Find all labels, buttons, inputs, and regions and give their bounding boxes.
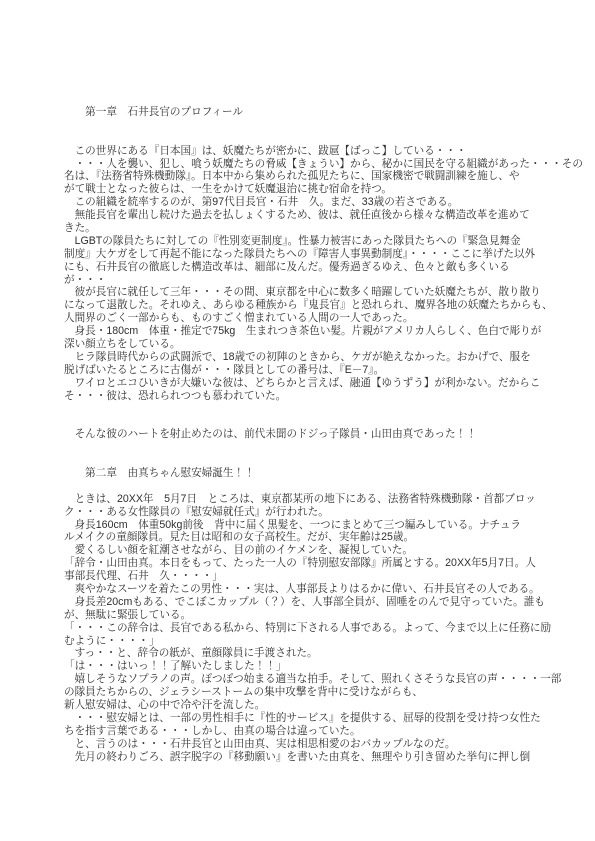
text-line: そ・・・彼は、恐れられつつも慕われていた。 <box>64 390 539 403</box>
blank-line <box>64 119 539 132</box>
text-line: 新人慰安婦は、心の中で冷や汗を流した。 <box>64 699 539 712</box>
text-line: 深い顔立ちをしている。 <box>64 338 539 351</box>
text-line: が、無駄に緊張している。 <box>64 609 539 622</box>
document-body: 第一章 石井長官のプロフィール この世界にある『日本国』は、妖魔たちが密かに、跋… <box>64 106 539 763</box>
blank-line <box>64 454 539 467</box>
text-line: ・・・人を襲い、犯し、喰う妖魔たちの脅威【きょうい】から、秘かに国民を守る組織が… <box>64 158 539 171</box>
text-line: 身長・180cm 体重・推定で75kg 生まれつき茶色い髪。片親がアメリカ人らし… <box>64 325 539 338</box>
blank-line <box>64 480 539 493</box>
text-line: になって退散した。それゆえ、あらゆる種族から『鬼長官』と恐れられ、魔界各地の妖魔… <box>64 299 539 312</box>
text-line: 無能長官を輩出し続けた過去を払しょくするため、彼は、就任直後から様々な構造改革を… <box>64 209 539 222</box>
chapter-heading: 第二章 由真ちゃん慰安婦誕生！！ <box>64 467 539 480</box>
text-line: 人間界のごく一部からも、ものすごく憎まれている人間の一人であった。 <box>64 312 539 325</box>
text-line: の隊員たちからの、ジェラシーストームの集中攻撃を背中に受けながらも、 <box>64 686 539 699</box>
text-line: きた。 <box>64 222 539 235</box>
document-page: 第一章 石井長官のプロフィール この世界にある『日本国』は、妖魔たちが密かに、跋… <box>0 0 595 841</box>
text-line: ワイロとエコひいきが大嫌いな彼は、どちらかと言えば、融通【ゆうずう】が利かない。… <box>64 377 539 390</box>
text-line: 脱げばいたるところに古傷が・・・隊員としての番号は、『E－7』。 <box>64 364 539 377</box>
text-line: ・・・慰安婦とは、一部の男性相手に『性的サービス』を提供する、屈辱的役割を受け持… <box>64 712 539 725</box>
text-line: と、言うのは・・・石井長官と山田由真、実は相思相愛のおバカップルなのだ。 <box>64 738 539 751</box>
blank-line <box>64 415 539 428</box>
text-line: 名は、『法務省特殊機動隊』。日本中から集められた孤児たちに、国家機密で戦闘訓練を… <box>64 170 539 183</box>
text-line: ルメイクの童顔隊員。見た目は昭和の女子高校生。だが、実年齢は25歳。 <box>64 531 539 544</box>
text-line: むように・・・・」 <box>64 635 539 648</box>
text-line: 制度』大ケガをして再起不能になった隊員たちへの『障害人事異動制度』・・・・ここに… <box>64 248 539 261</box>
blank-line <box>64 132 539 145</box>
text-line: ときは、20XX年 5月7日 ところは、東京都某所の地下にある、法務省特殊機動隊… <box>64 493 539 506</box>
text-line: そんな彼のハートを射止めたのは、前代未聞のドジっ子隊員・山田由真であった！！ <box>64 428 539 441</box>
blank-line <box>64 441 539 454</box>
text-line: 愛くるしい顔を紅潮させながら、目の前のイケメンを、凝視していた。 <box>64 544 539 557</box>
text-line: 身長差20cmもある、でこぼこカップル（？）を、人事部全員が、固唾をのんで見守っ… <box>64 596 539 609</box>
text-line: 「辞令・山田由真。本日をもって、たった一人の『特別慰安部隊』所属とする。20XX… <box>64 557 539 570</box>
text-line: が・・・ <box>64 274 539 287</box>
text-line: 「は・・・はいっ！！了解いたしました！！」 <box>64 660 539 673</box>
text-line: 「・・・この辞令は、長官である私から、特別に下される人事である。よって、今まで以… <box>64 622 539 635</box>
text-line: がて戦士となった彼らは、一生をかけて妖魔退治に挑む宿命を持つ。 <box>64 183 539 196</box>
text-line: ク・・・ある女性隊員の『慰安婦就任式』が行われた。 <box>64 506 539 519</box>
text-line: 爽やかなスーツを着たこの男性・・・実は、人事部長よりはるかに偉い、石井長官その人… <box>64 583 539 596</box>
text-line: 嬉しそうなソプラノの声。ぽつぽつ始まる適当な拍手。そして、照れくさそうな長官の声… <box>64 673 539 686</box>
text-line: 事部長代理、石井 久・・・・」 <box>64 570 539 583</box>
text-line: 先月の終わりごろ、誤字脱字の『移動願い』を書いた由真を、無理やり引き留めた挙句に… <box>64 751 539 764</box>
text-line: 彼が長官に就任して三年・・・その間、東京都を中心に数多く暗躍していた妖魔たちが、… <box>64 286 539 299</box>
text-line: ヒラ隊員時代からの武闘派で、18歳での初陣のときから、ケガが絶えなかった。おかげ… <box>64 351 539 364</box>
text-line: この世界にある『日本国』は、妖魔たちが密かに、跋扈【ばっこ】している・・・ <box>64 145 539 158</box>
text-line: LGBTの隊員たちに対しての『性別変更制度』。性暴力被害にあった隊員たちへの『緊… <box>64 235 539 248</box>
text-line: すっ・・と、辞令の紙が、童顔隊員に手渡された。 <box>64 647 539 660</box>
text-line: 身長160cm 体重50kg前後 背中に届く黒髪を、一つにまとめて三つ編みしてい… <box>64 519 539 532</box>
text-line: にも、石井長官の徹底した構造改革は、細部に及んだ。優秀過ぎるゆえ、色々と敵も多く… <box>64 261 539 274</box>
text-line: この組織を統率するのが、第97代目長官・石井 久。まだ、33歳の若さである。 <box>64 196 539 209</box>
chapter-heading: 第一章 石井長官のプロフィール <box>64 106 539 119</box>
blank-line <box>64 402 539 415</box>
text-line: ちを指す言葉である・・・しかし、由真の場合は違っていた。 <box>64 725 539 738</box>
